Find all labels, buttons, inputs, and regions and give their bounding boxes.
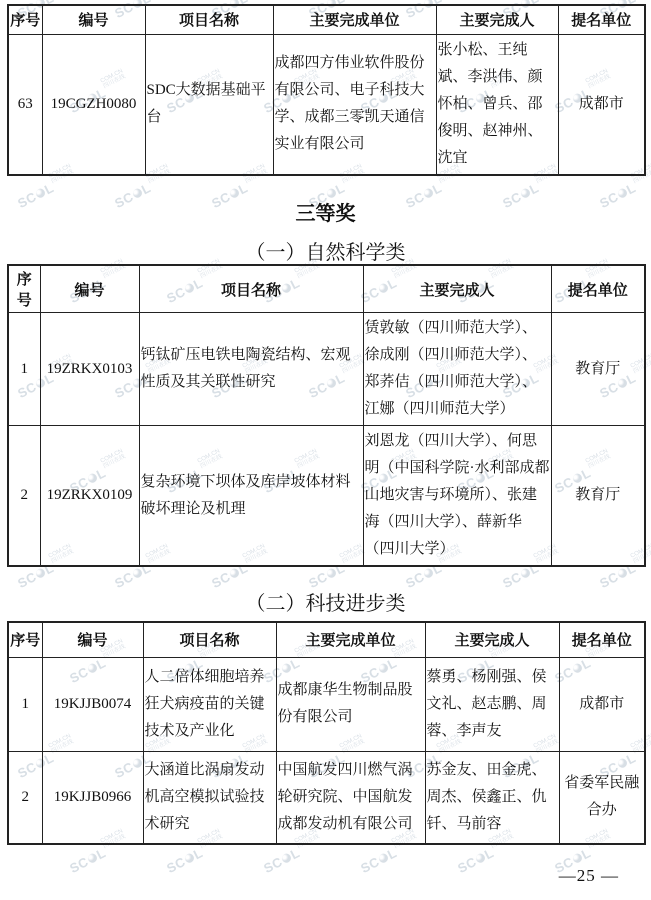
natural-science-table: 序号 编号 项目名称 主要完成人 提名单位 1 19ZRKX0103 钙钛矿压电… <box>7 264 646 567</box>
globe-icon <box>183 852 195 864</box>
header-project-name: 项目名称 <box>143 622 276 657</box>
sci-tech-progress-table-wrapper: 序号 编号 项目名称 主要完成单位 主要完成人 提名单位 1 19KJJB007… <box>7 621 646 845</box>
globe-icon <box>377 852 389 864</box>
table-row: 1 19ZRKX0103 钙钛矿压电铁电陶瓷结构、宏观性质及其关联性研究 赁敦敏… <box>8 313 645 426</box>
cell-project-name: 人二倍体细胞培养狂犬病疫苗的关键技术及产业化 <box>143 657 276 751</box>
cell-main-completers: 苏金友、田金虎、周杰、侯鑫正、仇钎、马前容 <box>425 751 559 844</box>
header-main-completers: 主要完成人 <box>425 622 559 657</box>
header-code: 编号 <box>40 265 139 313</box>
table-header-row: 序号 编号 项目名称 主要完成单位 主要完成人 提名单位 <box>8 622 645 657</box>
cell-nominating-unit: 省委军民融合办 <box>559 751 645 844</box>
cell-nominating-unit: 成都市 <box>558 34 645 175</box>
cell-code: 19CGZH0080 <box>42 34 145 175</box>
header-nominating-unit: 提名单位 <box>558 5 645 34</box>
cell-project-name: 钙钛矿压电铁电陶瓷结构、宏观性质及其关联性研究 <box>139 313 363 426</box>
table-header-row: 序号 编号 项目名称 主要完成人 提名单位 <box>8 265 645 313</box>
award-level-heading: 三等奖 <box>0 197 651 226</box>
header-seq: 序号 <box>8 5 42 34</box>
header-project-name: 项目名称 <box>145 5 273 34</box>
award-table-continuation: 序号 编号 项目名称 主要完成单位 主要完成人 提名单位 63 19CGZH00… <box>7 4 646 176</box>
cell-seq: 2 <box>8 426 40 567</box>
globe-icon <box>616 567 628 579</box>
globe-icon <box>131 567 143 579</box>
header-code: 编号 <box>42 5 145 34</box>
continuation-table-wrapper: 序号 编号 项目名称 主要完成单位 主要完成人 提名单位 63 19CGZH00… <box>7 4 646 176</box>
cell-seq: 1 <box>8 313 40 426</box>
header-main-completers: 主要完成人 <box>363 265 551 313</box>
natural-science-table-wrapper: 序号 编号 项目名称 主要完成人 提名单位 1 19ZRKX0103 钙钛矿压电… <box>7 264 646 567</box>
header-seq: 序号 <box>8 622 42 657</box>
table-row: 1 19KJJB0074 人二倍体细胞培养狂犬病疫苗的关键技术及产业化 成都康华… <box>8 657 645 751</box>
globe-icon <box>228 567 240 579</box>
globe-icon <box>34 567 46 579</box>
header-seq: 序号 <box>8 265 40 313</box>
globe-icon <box>422 567 434 579</box>
cell-nominating-unit: 成都市 <box>559 657 645 751</box>
cell-project-name: SDC大数据基础平台 <box>145 34 273 175</box>
cell-code: 19ZRKX0109 <box>40 426 139 567</box>
page-number: —25 — <box>559 866 619 886</box>
header-main-units: 主要完成单位 <box>276 622 425 657</box>
table-header-row: 序号 编号 项目名称 主要完成单位 主要完成人 提名单位 <box>8 5 645 34</box>
cell-main-completers: 赁敦敏（四川师范大学）、徐成刚（四川师范大学）、郑荞佶（四川师范大学）、江娜（四… <box>363 313 551 426</box>
globe-icon <box>519 567 531 579</box>
cell-nominating-unit: 教育厅 <box>551 426 645 567</box>
table-row: 2 19KJJB0966 大涵道比涡扇发动机高空模拟试验技术研究 中国航发四川燃… <box>8 751 645 844</box>
globe-icon <box>571 852 583 864</box>
cell-seq: 2 <box>8 751 42 844</box>
cell-main-units: 成都康华生物制品股份有限公司 <box>276 657 425 751</box>
cell-main-units: 中国航发四川燃气涡轮研究院、中国航发成都发动机有限公司 <box>276 751 425 844</box>
table-row: 63 19CGZH0080 SDC大数据基础平台 成都四方伟业软件股份有限公司、… <box>8 34 645 175</box>
globe-icon <box>474 852 486 864</box>
section-heading-natural-science: （一）自然科学类 <box>0 236 651 265</box>
cell-code: 19KJJB0966 <box>42 751 143 844</box>
cell-nominating-unit: 教育厅 <box>551 313 645 426</box>
header-main-completers: 主要完成人 <box>436 5 558 34</box>
globe-icon <box>86 852 98 864</box>
cell-seq: 1 <box>8 657 42 751</box>
globe-icon <box>280 852 292 864</box>
header-nominating-unit: 提名单位 <box>559 622 645 657</box>
header-main-units: 主要完成单位 <box>273 5 436 34</box>
cell-main-completers: 张小松、王纯斌、李洪伟、颜怀柏、曾兵、邵俊明、赵神州、沈宜 <box>436 34 558 175</box>
cell-main-units: 成都四方伟业软件股份有限公司、电子科技大学、成都三零凯天通信实业有限公司 <box>273 34 436 175</box>
section-heading-sci-tech-progress: （二）科技进步类 <box>0 587 651 616</box>
cell-code: 19KJJB0074 <box>42 657 143 751</box>
cell-project-name: 复杂环境下坝体及库岸坡体材料破坏理论及机理 <box>139 426 363 567</box>
globe-icon <box>325 567 337 579</box>
cell-project-name: 大涵道比涡扇发动机高空模拟试验技术研究 <box>143 751 276 844</box>
table-row: 2 19ZRKX0109 复杂环境下坝体及库岸坡体材料破坏理论及机理 刘恩龙（四… <box>8 426 645 567</box>
cell-main-completers: 蔡勇、杨刚强、侯文礼、赵志鹏、周蓉、李声友 <box>425 657 559 751</box>
cell-code: 19ZRKX0103 <box>40 313 139 426</box>
cell-main-completers: 刘恩龙（四川大学）、何思明（中国科学院·水利部成都山地灾害与环境所）、张建海（四… <box>363 426 551 567</box>
cell-seq: 63 <box>8 34 42 175</box>
header-code: 编号 <box>42 622 143 657</box>
header-nominating-unit: 提名单位 <box>551 265 645 313</box>
sci-tech-progress-table: 序号 编号 项目名称 主要完成单位 主要完成人 提名单位 1 19KJJB007… <box>7 621 646 845</box>
header-project-name: 项目名称 <box>139 265 363 313</box>
